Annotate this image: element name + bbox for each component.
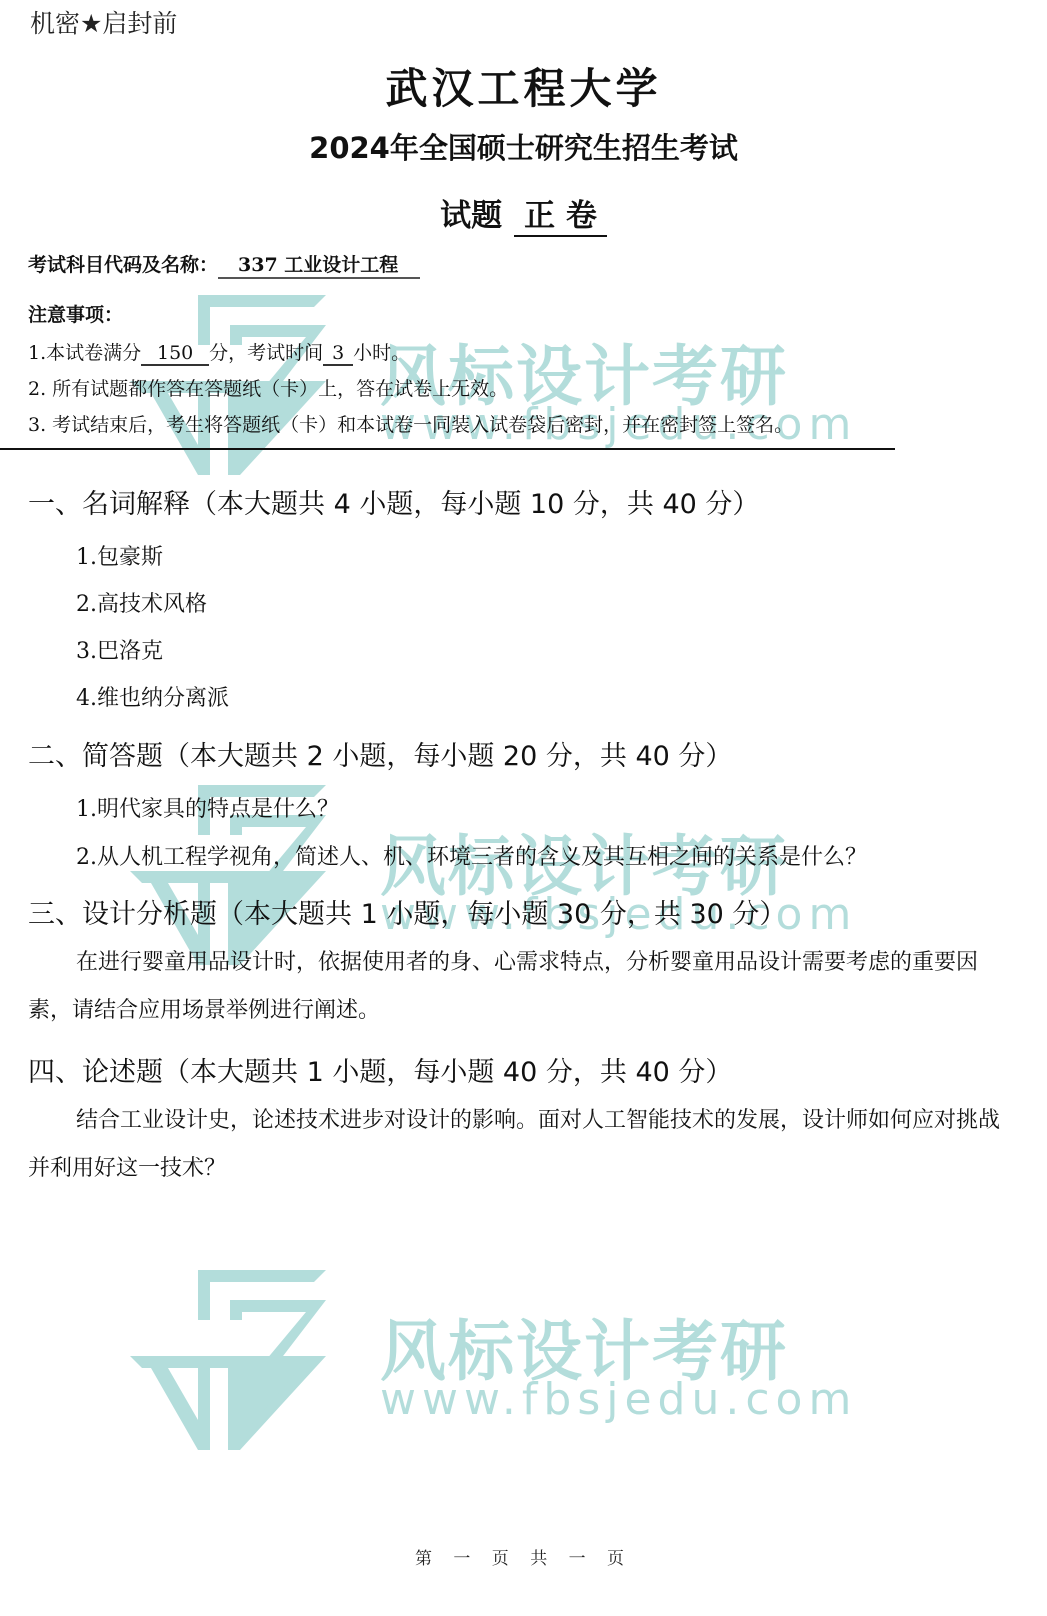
section-1-heading: 一、名词解释（本大题共 4 小题，每小题 10 分，共 40 分） xyxy=(28,482,759,521)
notice-item-3: 3. 考试结束后，考生将答题纸（卡）和本试卷一同装入试卷袋后密封，并在密封签上签… xyxy=(28,410,793,437)
exam-hours: 3 xyxy=(323,342,353,366)
list-item: 1.包豪斯 xyxy=(76,540,163,571)
section-3-body: 在进行婴童用品设计时，依据使用者的身、心需求特点，分析婴童用品设计需要考虑的重要… xyxy=(28,939,1018,1035)
subject-line: 考试科目代码及名称：337 工业设计工程 xyxy=(28,250,420,279)
paper-type: 正 卷 xyxy=(514,190,607,237)
notice-text: 小时。 xyxy=(353,342,410,364)
subject-label: 考试科目代码及名称： xyxy=(28,254,218,276)
notice-item-2: 2. 所有试题都作答在答题纸（卡）上，答在试卷上无效。 xyxy=(28,374,508,401)
divider xyxy=(0,448,895,450)
subject-value: 337 工业设计工程 xyxy=(218,250,420,279)
watermark-brand: 风标设计考研 xyxy=(380,323,788,418)
exam-title: 2024年全国硕士研究生招生考试 xyxy=(0,126,1047,167)
section-3-heading: 三、设计分析题（本大题共 1 小题，每小题 30 分，共 30 分） xyxy=(28,892,786,931)
watermark-bottom: 风标设计考研 www.fbsjedu.com xyxy=(130,1270,890,1450)
list-item: 4.维也纳分离派 xyxy=(76,681,229,712)
list-item: 2.从人机工程学视角，简述人、机、环境三者的含义及其互相之间的关系是什么？ xyxy=(76,840,867,871)
list-item: 3.巴洛克 xyxy=(76,634,163,665)
notice-title: 注意事项： xyxy=(28,300,123,327)
paper-type-line: 试题正 卷 xyxy=(0,190,1047,237)
full-score: 150 xyxy=(141,342,209,366)
watermark-brand: 风标设计考研 xyxy=(380,1298,788,1393)
watermark-url: www.fbsjedu.com xyxy=(380,1374,857,1425)
list-item: 2.高技术风格 xyxy=(76,587,207,618)
section-4-body: 结合工业设计史，论述技术进步对设计的影响。面对人工智能技术的发展，设计师如何应对… xyxy=(28,1097,1018,1193)
paper-label: 试题 xyxy=(440,198,502,234)
page-footer: 第 一 页 共 一 页 xyxy=(0,1544,1047,1569)
confidential-label: 机密★启封前 xyxy=(30,4,177,40)
section-4-heading: 四、论述题（本大题共 1 小题，每小题 40 分，共 40 分） xyxy=(28,1050,732,1089)
notice-text: 1.本试卷满分 xyxy=(28,342,141,364)
notice-item-1: 1.本试卷满分150分，考试时间3小时。 xyxy=(28,338,410,366)
section-2-heading: 二、简答题（本大题共 2 小题，每小题 20 分，共 40 分） xyxy=(28,734,732,773)
university-title: 武汉工程大学 xyxy=(0,56,1047,116)
brand-logo-icon xyxy=(130,1270,360,1450)
notice-text: 分，考试时间 xyxy=(209,342,323,364)
list-item: 1.明代家具的特点是什么？ xyxy=(76,792,339,823)
